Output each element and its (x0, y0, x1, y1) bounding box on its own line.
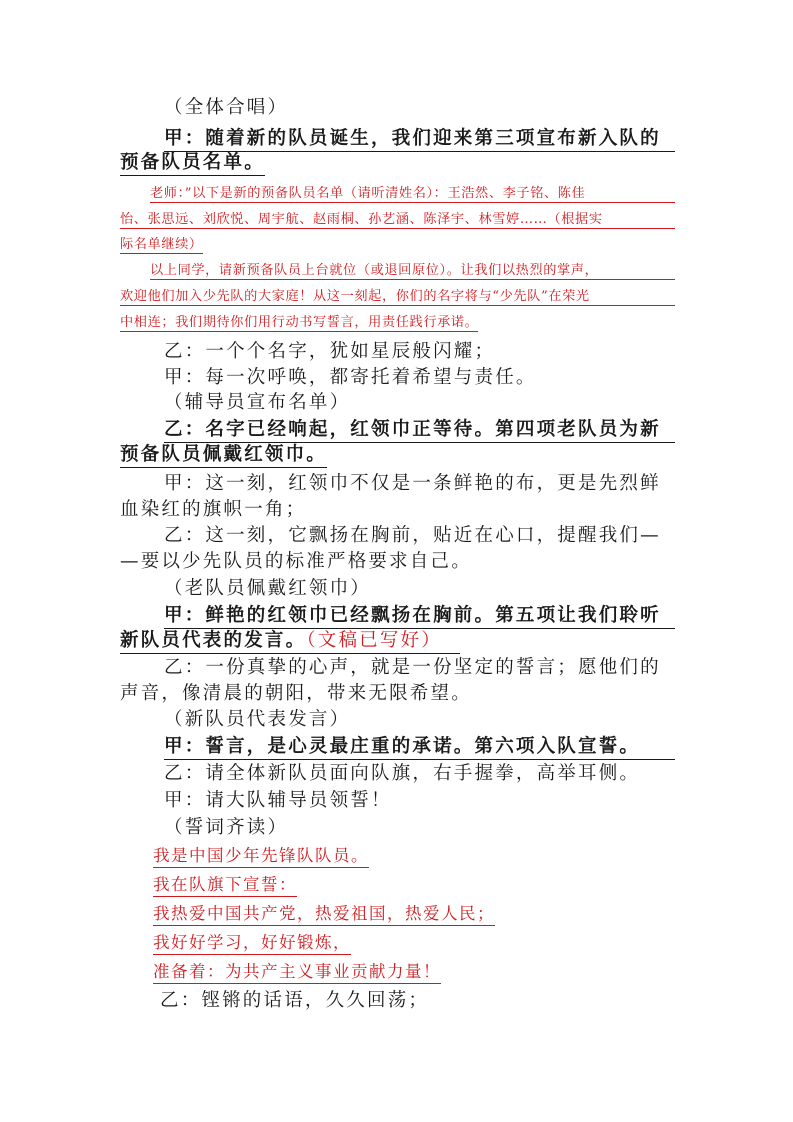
oath-line: 我好好学习，好好锻炼， (153, 935, 351, 955)
stage-direction: （全体合唱） (164, 99, 288, 118)
host-line-yi: 乙：请全体新队员面向队旗，右手握拳，高举耳侧。 (164, 765, 640, 784)
host-line-jia: 甲：这一刻，红领巾不仅是一条鲜艳的布，更是先烈鲜 (164, 475, 661, 494)
host-line-yi-cont: 预备队员佩戴红领巾。 (120, 446, 327, 468)
host-line-jia-cont: 血染红的旗帜一角； (120, 501, 306, 520)
host-line-jia: 甲：誓言，是心灵最庄重的承诺。第六项入队宣誓。 (164, 738, 675, 760)
oath-line: 我在队旗下宣誓： (153, 877, 297, 897)
host-line-jia: 甲：每一次呼唤，都寄托着希望与责任。 (164, 369, 537, 388)
note-draft-ready: （文稿已写好） (306, 630, 442, 651)
teacher-welcome-cont: 欢迎他们加入少先队的大家庭！从这一刻起，你们的名字将与“少先队”在荣光 (120, 290, 675, 306)
host-line-jia: 甲：随着新的队员诞生，我们迎来第三项宣布新入队的 (164, 130, 675, 152)
teacher-welcome-end: 中相连；我们期待你们用行动书写誓言，用责任践行承诺。 (120, 316, 478, 332)
line-text: 新队员代表的发言。 (120, 630, 306, 651)
host-line-yi: 乙：一个个名字，犹如星辰般闪耀； (164, 343, 495, 362)
host-line-yi-cont: —要以少先队员的标准严格要求自己。 (120, 553, 472, 572)
teacher-name-list-cont: 怡、张思远、刘欣悦、周宇航、赵雨桐、孙艺涵、陈泽宇、林雪婷……（根据实 (120, 213, 675, 229)
teacher-name-list-end: 际名单继续） (120, 238, 203, 254)
teacher-welcome: 以上同学，请新预备队员上台就位（或退回原位）。让我们以热烈的掌声， (150, 264, 675, 280)
host-line-jia-cont: 新队员代表的发言。（文稿已写好） (120, 632, 460, 654)
oath-line: 我是中国少年先锋队队员。 (153, 848, 369, 868)
host-line-jia: 甲：鲜艳的红领巾已经飘扬在胸前。第五项让我们聆听 (164, 607, 675, 629)
host-line-jia: 甲：请大队辅导员领誓！ (164, 792, 392, 811)
teacher-name-list: 老师：”以下是新的预备队员名单（请听清姓名）：王浩然、李子铭、陈佳 (150, 187, 675, 203)
oath-line: 准备着：为共产主义事业贡献力量！ (153, 964, 441, 984)
host-line-yi: 乙：名字已经响起，红领巾正等待。第四项老队员为新 (164, 421, 675, 443)
host-line-yi-cont: 声音，像清晨的朝阳，带来无限希望。 (120, 685, 472, 704)
host-line-yi: 乙：这一刻，它飘扬在胸前，贴近在心口，提醒我们— (164, 527, 661, 546)
stage-direction: （誓词齐读） (164, 819, 288, 838)
host-line-yi: 乙：一份真挚的心声，就是一份坚定的誓言；愿他们的 (164, 659, 661, 678)
oath-line: 我热爱中国共产党，热爱祖国，热爱人民； (153, 906, 495, 926)
stage-direction: （辅导员宣布名单） (164, 394, 350, 413)
stage-direction: （新队员代表发言） (164, 711, 350, 730)
host-line-yi: 乙：铿锵的话语，久久回荡； (160, 992, 429, 1011)
stage-direction: （老队员佩戴红领巾） (164, 580, 371, 599)
host-line-jia-cont: 预备队员名单。 (120, 154, 265, 176)
document-page: （全体合唱） 甲：随着新的队员诞生，我们迎来第三项宣布新入队的 预备队员名单。 … (0, 0, 793, 1122)
